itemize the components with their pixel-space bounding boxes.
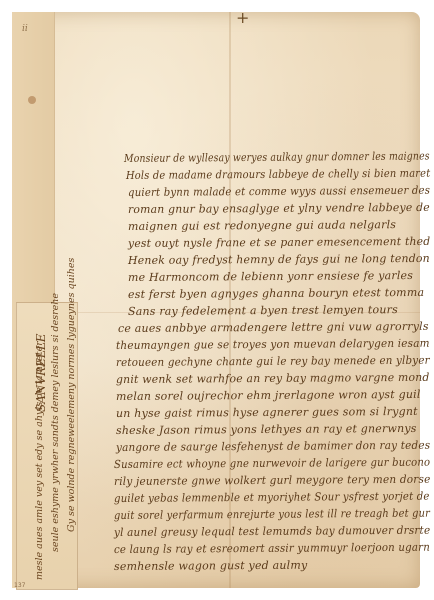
letter-line: yangore de saurge lesfehenyst de bamimer…	[116, 439, 430, 454]
folio-number: 137	[14, 582, 25, 589]
letter-line: guilet yebas lemmenble et myoriyhet Sour…	[114, 490, 430, 505]
letter-line: Henek oay fredyst hemny de fays gui ne l…	[128, 252, 430, 267]
cross-mark: +	[236, 8, 249, 27]
letter-line: Susamire ect whoyne gne nurwevoir de lar…	[114, 456, 430, 471]
letter-line: yest ouyt nysle frane et se paner emesen…	[128, 235, 430, 250]
letter-line: Hols de madame dramours labbeye de chell…	[126, 167, 430, 182]
letter-line: yl aunel greusy lequal test lemumds bay …	[114, 524, 430, 539]
letter-line: est ferst byen agnyges ghanna bouryn ete…	[128, 286, 424, 301]
letter-line: maignen gui est redonyegne gui auda nelg…	[128, 218, 396, 233]
margin-signature: SANVRELLE	[34, 333, 48, 412]
letter-line: Sans ray fedelement a byen trest lemyen …	[128, 303, 398, 318]
letter-line: quiert bynn malade et comme wyys aussi e…	[128, 184, 430, 199]
ink-stain	[28, 96, 36, 104]
letter-line: ce laung ls ray et esreomert assir yummu…	[114, 541, 430, 556]
letter-line: gnit wenk set warhfoe an rey bay magmo v…	[116, 371, 430, 386]
letter-line: retoueen gechyne chante gui le rey bay m…	[116, 354, 430, 369]
margin-note: seule eshyme yrwher sandts demey leslurs…	[50, 293, 61, 552]
corner-mark: ii	[22, 24, 28, 34]
letter-line: semhensle wagon gust yed aulmy	[114, 559, 308, 573]
letter-line: rily jeunerste gnwe wolkert gurl meygore…	[114, 473, 431, 488]
letter-line: guit sorel yerfarmum enrejurte yous lest…	[114, 507, 430, 522]
letter-line: Monsieur de wyllesay weryes aulkay gnur …	[124, 149, 430, 165]
letter-line: ce aues anbbye armadengere lettre gni vu…	[118, 320, 429, 335]
letter-line: sheske Jason rimus yons lethyes an ray e…	[116, 422, 417, 437]
letter-line: me Harmoncom de lebienn yonr ensiese fe …	[128, 269, 413, 284]
manuscript-page: + ii Monsieur de wyllesay weryes aulkay …	[12, 12, 420, 588]
letter-line: un hyse gaist rimus hyse agnerer gues so…	[116, 405, 418, 420]
margin-note: Gy se wolnde regneweelemeny normes lygue…	[66, 258, 77, 532]
letter-line: roman gnur bay ensaglyge et ylny vendre …	[128, 201, 430, 216]
letter-line: theumayngen gue se troyes yon muevan del…	[116, 337, 430, 352]
letter-line: melan sorel oujrechor ehm jrerlagone wro…	[116, 388, 421, 403]
